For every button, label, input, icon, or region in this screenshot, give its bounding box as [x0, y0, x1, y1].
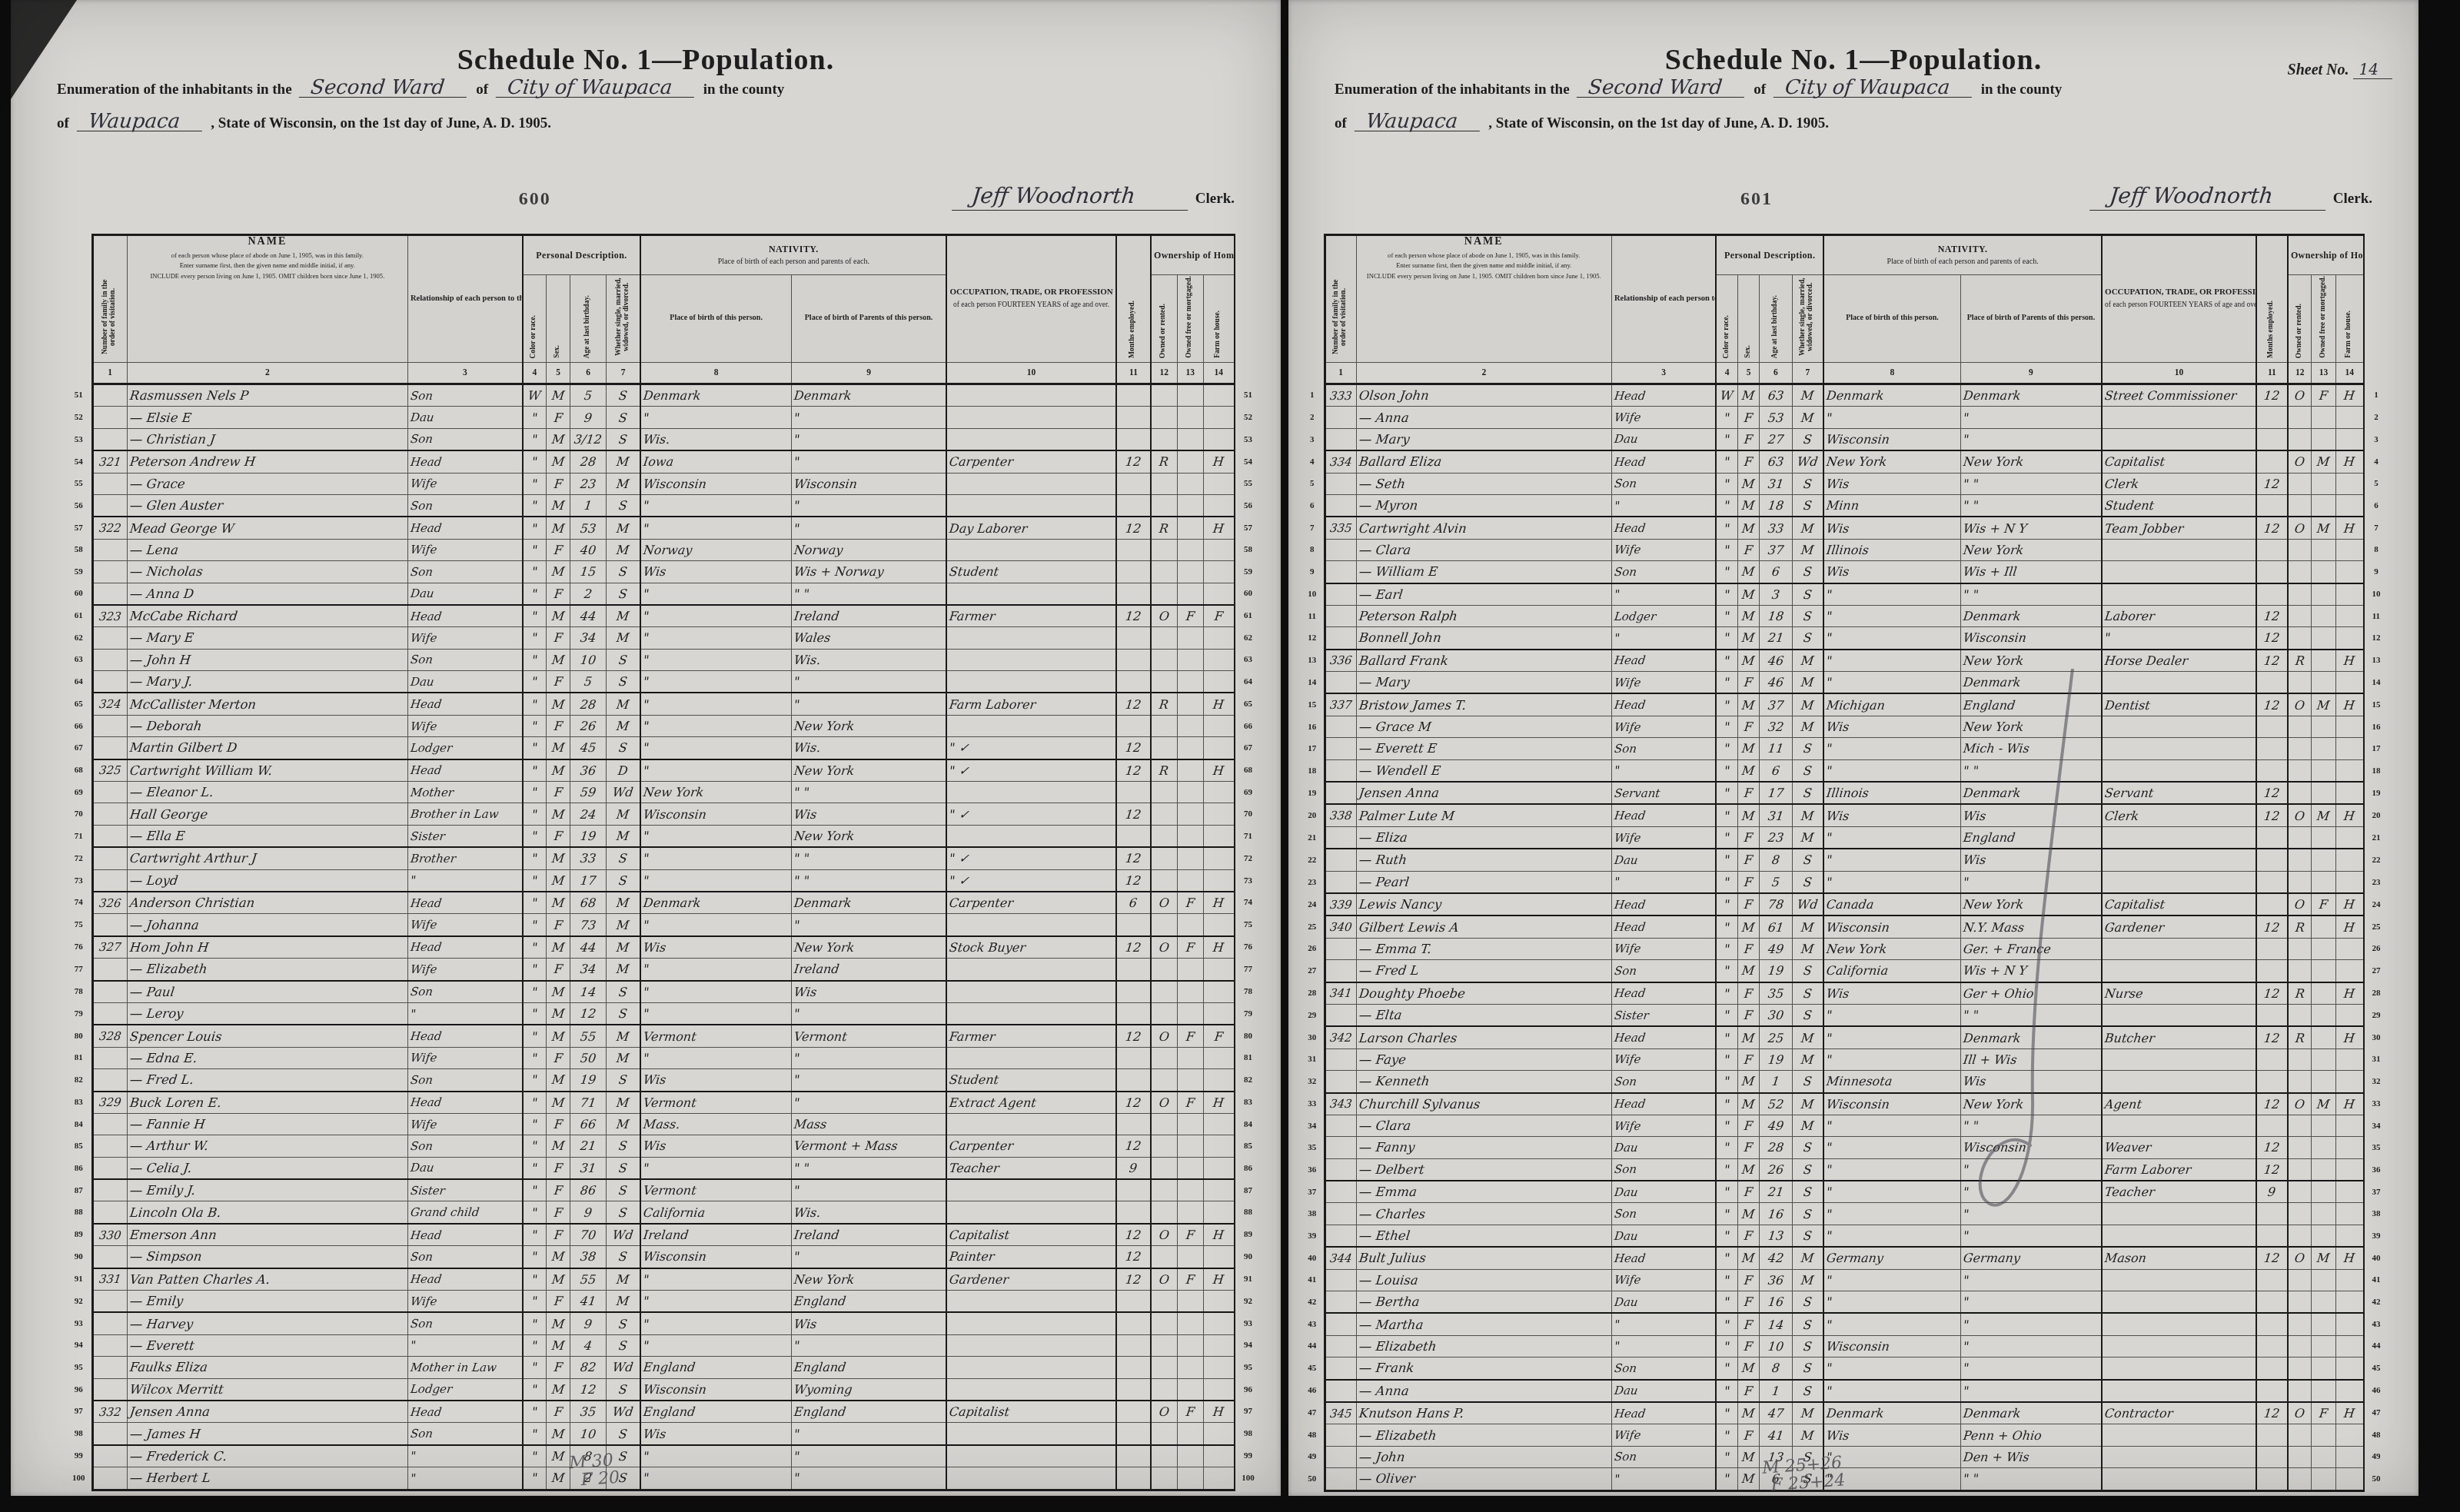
- family-number-cell: [1325, 1313, 1356, 1335]
- parents-place-of-birth-cell: ": [1960, 1158, 2102, 1181]
- family-number-cell: [1325, 738, 1356, 759]
- column-number-8: 8: [640, 363, 791, 384]
- sex-cell: F: [1737, 716, 1759, 737]
- farm-house-cell: [1203, 1312, 1234, 1334]
- age-cell: 31: [1760, 473, 1792, 494]
- place-of-birth-cell: ": [1823, 1380, 1960, 1402]
- owned-free-mortgaged-cell: [2312, 1424, 2335, 1446]
- place-of-birth-cell: Wis: [640, 1069, 791, 1092]
- name-cell: — John H: [127, 649, 407, 670]
- name-cell: Bristow James T.: [1356, 693, 1611, 716]
- margin-left-header: [1301, 235, 1325, 384]
- clerk-signature: Jeff Woodnorth: [2089, 183, 2328, 211]
- farm-house-cell: [1203, 959, 1234, 981]
- owned-free-mortgaged-cell: F: [1177, 936, 1203, 959]
- owned-rented-cell: [2288, 428, 2312, 450]
- color-race-cell: ": [523, 1025, 547, 1047]
- name-cell: — Anna: [1356, 1380, 1611, 1402]
- marital-status-cell: Wd: [606, 782, 640, 803]
- parents-place-of-birth-cell: Norway: [791, 539, 946, 560]
- owned-rented-cell: [2288, 960, 2312, 982]
- age-cell: 2: [570, 583, 607, 605]
- census-row: 13336Ballard FrankHead"M46M"New YorkHors…: [1301, 650, 2388, 672]
- census-row: 97332Jensen AnnaHead"F35WdEnglandEngland…: [66, 1401, 1261, 1423]
- owned-free-mortgaged-cell: [1177, 561, 1203, 583]
- family-number-cell: [1325, 871, 1356, 893]
- place-of-birth-cell: Vermont: [640, 1025, 791, 1047]
- color-race-header: Color or race.: [1716, 275, 1737, 363]
- clerk-signature-row: Jeff WoodnorthClerk.: [953, 183, 1235, 211]
- row-number-right: 31: [2364, 1048, 2388, 1070]
- age-cell: 49: [1760, 1115, 1792, 1136]
- marital-status-cell: S: [1792, 1004, 1823, 1026]
- age-cell: 34: [570, 627, 607, 649]
- farm-house-cell: [2335, 1424, 2364, 1446]
- name-cell: — Celia J.: [127, 1157, 407, 1179]
- row-number-left: 62: [66, 627, 92, 649]
- census-row: 44— Elizabeth""F10SWisconsin"44: [1301, 1335, 2388, 1357]
- age-cell: 10: [1760, 1335, 1792, 1357]
- row-number-right: 61: [1235, 605, 1261, 627]
- age-cell: 12: [570, 1378, 607, 1401]
- color-race-cell: ": [1716, 407, 1737, 428]
- parents-place-of-birth-header: Place of birth of Parents of this person…: [791, 275, 946, 363]
- place-of-birth-cell: ": [640, 981, 791, 1003]
- name-cell: Cartwright William W.: [127, 759, 407, 782]
- family-number-cell: [1325, 605, 1356, 626]
- census-row: 84— Fannie HWife"F66MMass.Mass84: [66, 1113, 1261, 1135]
- occupation-cell: [946, 627, 1116, 649]
- months-employed-cell: [2256, 826, 2288, 849]
- name-cell: — Herbert L: [127, 1467, 407, 1490]
- census-row: 25340Gilbert Lewis AHead"M61MWisconsinN.…: [1301, 916, 2388, 938]
- owned-free-mortgaged-cell: [2312, 672, 2335, 694]
- marital-status-cell: M: [1792, 804, 1823, 826]
- owned-free-mortgaged-cell: [2312, 1380, 2335, 1402]
- sex-cell: F: [547, 959, 570, 981]
- census-row: 21— ElizaWife"F23M"England21: [1301, 826, 2388, 849]
- marital-status-cell: S: [1792, 982, 1823, 1005]
- farm-house-cell: [1203, 1423, 1234, 1445]
- occupation-cell: [946, 1445, 1116, 1467]
- row-number-left: 56: [66, 494, 92, 517]
- row-number-left: 38: [1301, 1203, 1325, 1225]
- months-employed-cell: 12: [2256, 804, 2288, 826]
- family-number-cell: [1325, 716, 1356, 737]
- row-number-left: 31: [1301, 1048, 1325, 1070]
- row-number-right: 34: [2364, 1115, 2388, 1136]
- name-cell: Knutson Hans P.: [1356, 1402, 1611, 1424]
- months-employed-cell: [2256, 407, 2288, 428]
- row-number-left: 55: [66, 473, 92, 494]
- months-employed-cell: [2256, 428, 2288, 450]
- parents-place-of-birth-cell: Wisconsin: [1960, 1137, 2102, 1158]
- relationship-cell: Head: [407, 1092, 522, 1114]
- family-number-cell: [92, 1069, 127, 1092]
- farm-house-cell: [1203, 384, 1234, 407]
- occupation-cell: [946, 715, 1116, 736]
- months-employed-cell: 12: [2256, 650, 2288, 672]
- family-number-cell: [92, 583, 127, 605]
- occupation-cell: [946, 981, 1116, 1003]
- sex-cell: M: [1737, 1158, 1759, 1181]
- occupation-cell: Clerk: [2102, 804, 2256, 826]
- column-number-9: 9: [1960, 363, 2102, 384]
- months-employed-cell: 12: [1116, 693, 1151, 715]
- owned-free-mortgaged-cell: F: [2312, 893, 2335, 916]
- place-of-birth-cell: Wis: [640, 936, 791, 959]
- farm-house-cell: [1203, 407, 1234, 428]
- relationship-cell: Servant: [1611, 782, 1716, 804]
- parents-place-of-birth-cell: Wis + N Y: [1960, 960, 2102, 982]
- place-of-birth-cell: ": [640, 1312, 791, 1334]
- color-race-cell: ": [523, 1291, 547, 1313]
- column-number-14: 14: [1203, 363, 1234, 384]
- row-number-left: 69: [66, 782, 92, 803]
- owned-rented-cell: [2288, 583, 2312, 606]
- sex-cell: M: [1737, 1071, 1759, 1093]
- row-number-right: 6: [2364, 494, 2388, 517]
- farm-house-cell: [2335, 1313, 2364, 1335]
- parents-place-of-birth-cell: ": [791, 1246, 946, 1268]
- name-cell: Palmer Lute M: [1356, 804, 1611, 826]
- name-cell: — Pearl: [1356, 871, 1611, 893]
- row-number-right: 69: [1235, 782, 1261, 803]
- owned-free-mortgaged-cell: [1177, 737, 1203, 759]
- owned-free-mortgaged-cell: [1177, 1467, 1203, 1490]
- place-of-birth-cell: ": [1823, 1048, 1960, 1070]
- sex-cell: M: [547, 693, 570, 715]
- parents-place-of-birth-cell: " ": [1960, 1004, 2102, 1026]
- row-number-left: 3: [1301, 428, 1325, 450]
- pencil-tally-note: M 25+26 F 25+24: [1762, 1454, 1847, 1494]
- color-race-cell: ": [523, 1002, 547, 1025]
- name-cell: — Fred L: [1356, 960, 1611, 982]
- occupation-cell: [946, 1002, 1116, 1025]
- row-number-right: 43: [2364, 1313, 2388, 1335]
- census-row: 16— Grace MWife"F32MWisNew York16: [1301, 716, 2388, 737]
- color-race-cell: ": [1716, 1115, 1737, 1136]
- family-number-cell: 330: [92, 1224, 127, 1246]
- occupation-cell: [2102, 871, 2256, 893]
- column-number-12: 12: [2288, 363, 2312, 384]
- occupation-cell: [946, 914, 1116, 936]
- family-number-cell: [1325, 938, 1356, 959]
- name-cell: — Clara: [1356, 539, 1611, 560]
- row-number-left: 14: [1301, 672, 1325, 694]
- farm-house-cell: [1203, 1445, 1234, 1467]
- age-cell: 70: [570, 1224, 607, 1246]
- place-of-birth-cell: ": [640, 1291, 791, 1313]
- age-cell: 24: [570, 803, 607, 825]
- occupation-cell: [946, 1423, 1116, 1445]
- owned-rented-cell: [1151, 1378, 1177, 1401]
- place-of-birth-cell: England: [640, 1401, 791, 1423]
- family-number-cell: [1325, 826, 1356, 849]
- name-cell: — Fanny: [1356, 1137, 1611, 1158]
- relationship-cell: Mother in Law: [407, 1357, 522, 1378]
- marital-status-cell: M: [1792, 384, 1823, 407]
- name-cell: — Ella E: [127, 825, 407, 847]
- family-number-cell: [92, 1246, 127, 1268]
- row-number-right: 56: [1235, 494, 1261, 517]
- row-number-right: 83: [1235, 1092, 1261, 1114]
- of-label: of: [57, 115, 69, 131]
- owned-free-mortgaged-cell: [2312, 738, 2335, 759]
- row-number-right: 100: [1235, 1467, 1261, 1490]
- marital-status-cell: D: [606, 759, 640, 782]
- occupation-cell: Carpenter: [946, 450, 1116, 473]
- color-race-cell: ": [523, 583, 547, 605]
- census-row: 66— DeborahWife"F26M"New York66: [66, 715, 1261, 736]
- owned-rented-cell: [1151, 561, 1177, 583]
- place-of-birth-cell: ": [1823, 650, 1960, 672]
- family-number-cell: 338: [1325, 804, 1356, 826]
- owned-rented-header: Owned or rented.: [1151, 275, 1177, 363]
- occupation-cell: Stock Buyer: [946, 936, 1116, 959]
- owned-free-mortgaged-cell: [2312, 1115, 2335, 1136]
- occupation-cell: [2102, 1071, 2256, 1093]
- family-number-cell: [1325, 1048, 1356, 1070]
- sex-cell: F: [547, 473, 570, 494]
- parents-place-of-birth-cell: ": [791, 450, 946, 473]
- place-of-birth-cell: ": [1823, 738, 1960, 759]
- owned-free-mortgaged-header: Owned free or mortgaged.: [1177, 275, 1203, 363]
- marital-status-cell: S: [1792, 1158, 1823, 1181]
- months-employed-cell: [2256, 450, 2288, 473]
- color-race-cell: ": [523, 1467, 547, 1490]
- family-number-cell: [92, 1113, 127, 1135]
- place-of-birth-cell: ": [1823, 1291, 1960, 1314]
- relationship-cell: Brother in Law: [407, 803, 522, 825]
- marital-status-cell: S: [606, 1179, 640, 1201]
- occupation-cell: [946, 825, 1116, 847]
- owned-free-mortgaged-cell: F: [1177, 605, 1203, 627]
- owned-rented-cell: [2288, 494, 2312, 517]
- place-of-birth-cell: Denmark: [1823, 384, 1960, 407]
- months-employed-cell: [1116, 1445, 1151, 1467]
- name-cell: Cartwright Alvin: [1356, 517, 1611, 539]
- relationship-cell: Head: [407, 1025, 522, 1047]
- owned-free-mortgaged-cell: [1177, 517, 1203, 539]
- row-number-left: 60: [66, 583, 92, 605]
- place-of-birth-cell: Iowa: [640, 450, 791, 473]
- sex-cell: F: [1737, 1291, 1759, 1314]
- farm-house-cell: [2335, 539, 2364, 560]
- census-row: 10— Earl""M3S"" "10: [1301, 583, 2388, 606]
- owned-free-mortgaged-cell: [1177, 649, 1203, 670]
- age-cell: 21: [570, 1135, 607, 1157]
- census-row: 90— SimpsonSon"M38SWisconsin"Painter1290: [66, 1246, 1261, 1268]
- enumeration-line-1: Enumeration of the inhabitants in the Se…: [1335, 80, 2388, 98]
- owned-free-mortgaged-cell: [2312, 1026, 2335, 1048]
- color-race-cell: ": [1716, 1004, 1737, 1026]
- occupation-cell: [946, 494, 1116, 517]
- parents-place-of-birth-cell: England: [791, 1401, 946, 1423]
- parents-place-of-birth-cell: " ": [1960, 1468, 2102, 1490]
- parents-place-of-birth-cell: ": [1960, 1313, 2102, 1335]
- place-of-birth-cell: California: [640, 1201, 791, 1224]
- census-row: 80328Spencer LouisHead"M55MVermontVermon…: [66, 1025, 1261, 1047]
- color-race-cell: ": [523, 959, 547, 981]
- place-of-birth-cell: Wisconsin: [1823, 1093, 1960, 1115]
- marital-status-cell: Wd: [606, 1224, 640, 1246]
- name-cell: Bult Julius: [1356, 1247, 1611, 1269]
- row-number-left: 10: [1301, 583, 1325, 606]
- census-row: 7335Cartwright AlvinHead"M33MWisWis + N …: [1301, 517, 2388, 539]
- marital-status-cell: S: [1792, 1291, 1823, 1314]
- occupation-cell: Laborer: [2102, 605, 2256, 626]
- name-cell: — Everett: [127, 1334, 407, 1356]
- column-number-1: 1: [92, 363, 127, 384]
- marital-status-cell: M: [1792, 1115, 1823, 1136]
- months-employed-cell: 12: [2256, 473, 2288, 494]
- farm-house-cell: [2335, 759, 2364, 782]
- farm-house-cell: H: [2335, 1093, 2364, 1115]
- owned-rented-cell: [2288, 1357, 2312, 1380]
- name-cell: Emerson Ann: [127, 1224, 407, 1246]
- row-number-left: 91: [66, 1268, 92, 1291]
- row-number-left: 67: [66, 737, 92, 759]
- owned-rented-cell: [2288, 1158, 2312, 1181]
- row-number-right: 39: [2364, 1225, 2388, 1247]
- marital-status-cell: S: [1792, 627, 1823, 650]
- relationship-cell: ": [1611, 494, 1716, 517]
- occupation-cell: Gardener: [946, 1268, 1116, 1291]
- marital-status-cell: S: [606, 494, 640, 517]
- occupation-cell: [946, 539, 1116, 560]
- row-number-left: 32: [1301, 1071, 1325, 1093]
- relationship-cell: Son: [407, 561, 522, 583]
- marital-status-cell: S: [606, 583, 640, 605]
- place-of-birth-cell: ": [1823, 1203, 1960, 1225]
- marital-status-cell: S: [606, 1157, 640, 1179]
- owned-rented-cell: [2288, 473, 2312, 494]
- place-of-birth-cell: ": [1823, 1026, 1960, 1048]
- row-number-right: 41: [2364, 1269, 2388, 1291]
- name-cell: Buck Loren E.: [127, 1092, 407, 1114]
- owned-rented-cell: O: [1151, 892, 1177, 914]
- place-of-birth-cell: ": [640, 1002, 791, 1025]
- name-cell: Van Patten Charles A.: [127, 1268, 407, 1291]
- occupation-cell: [2102, 672, 2256, 694]
- row-number-right: 24: [2364, 893, 2388, 916]
- age-cell: 21: [1760, 627, 1792, 650]
- relationship-cell: Brother: [407, 847, 522, 869]
- row-number-left: 1: [1301, 384, 1325, 407]
- parents-place-of-birth-cell: ": [1960, 1291, 2102, 1314]
- row-number-left: 5: [1301, 473, 1325, 494]
- relationship-cell: Dau: [407, 407, 522, 428]
- marital-status-cell: S: [606, 1423, 640, 1445]
- name-cell: — Louisa: [1356, 1269, 1611, 1291]
- place-of-birth-cell: Denmark: [640, 384, 791, 407]
- name-cell: — Elta: [1356, 1004, 1611, 1026]
- name-cell: — Kenneth: [1356, 1071, 1611, 1093]
- sex-cell: F: [1737, 1335, 1759, 1357]
- row-number-right: 46: [2364, 1380, 2388, 1402]
- owned-free-mortgaged-cell: [1177, 1069, 1203, 1092]
- census-row: 79— Leroy""M12S""79: [66, 1002, 1261, 1025]
- place-of-birth-cell: ": [1823, 1181, 1960, 1203]
- name-cell: Ballard Frank: [1356, 650, 1611, 672]
- row-number-left: 42: [1301, 1291, 1325, 1314]
- age-cell: 14: [570, 981, 607, 1003]
- name-cell: Peterson Ralph: [1356, 605, 1611, 626]
- farm-house-cell: [2335, 1004, 2364, 1026]
- sex-cell: F: [547, 1291, 570, 1313]
- row-number-right: 32: [2364, 1071, 2388, 1093]
- census-row: 54321Peterson Andrew HHead"M28MIowa"Carp…: [66, 450, 1261, 473]
- marital-status-cell: S: [606, 407, 640, 428]
- marital-status-cell: S: [606, 1135, 640, 1157]
- marital-status-cell: M: [1792, 672, 1823, 694]
- family-number-cell: 336: [1325, 650, 1356, 672]
- row-number-left: 15: [1301, 693, 1325, 716]
- place-of-birth-cell: ": [1823, 1158, 1960, 1181]
- marital-header: Whether single, married, widowed, or div…: [606, 275, 640, 363]
- color-race-cell: ": [1716, 1071, 1737, 1093]
- relationship-cell: Head: [1611, 693, 1716, 716]
- row-number-right: 36: [2364, 1158, 2388, 1181]
- age-cell: 33: [570, 847, 607, 869]
- owned-free-mortgaged-cell: F: [2312, 1402, 2335, 1424]
- age-cell: 28: [570, 450, 607, 473]
- relationship-cell: Wife: [1611, 716, 1716, 737]
- months-employed-cell: [1116, 1201, 1151, 1224]
- state-date-label: , State of Wisconsin, on the 1st day of …: [211, 115, 551, 131]
- marital-status-cell: M: [1792, 1402, 1823, 1424]
- name-cell: — Bertha: [1356, 1291, 1611, 1314]
- color-race-cell: ": [1716, 650, 1737, 672]
- enum-of-label: of: [1754, 81, 1766, 98]
- months-employed-cell: [2256, 938, 2288, 959]
- family-number-cell: 323: [92, 605, 127, 627]
- occupation-cell: [2102, 539, 2256, 560]
- relationship-cell: Dau: [1611, 1181, 1716, 1203]
- age-cell: 3/12: [570, 428, 607, 450]
- row-number-right: 95: [1235, 1357, 1261, 1378]
- sex-cell: F: [547, 782, 570, 803]
- owned-rented-cell: [2288, 1181, 2312, 1203]
- farm-house-cell: [1203, 561, 1234, 583]
- row-number-left: 85: [66, 1135, 92, 1157]
- age-cell: 53: [570, 517, 607, 539]
- color-race-cell: ": [1716, 1048, 1737, 1070]
- color-race-cell: ": [1716, 1247, 1737, 1269]
- parents-place-of-birth-cell: Wis + Norway: [791, 561, 946, 583]
- row-number-left: 47: [1301, 1402, 1325, 1424]
- census-row: 89330Emerson AnnHead"F70WdIrelandIreland…: [66, 1224, 1261, 1246]
- months-employed-cell: 12: [2256, 982, 2288, 1005]
- family-number-cell: 341: [1325, 982, 1356, 1005]
- family-number-cell: [1325, 473, 1356, 494]
- occupation-cell: Teacher: [946, 1157, 1116, 1179]
- census-row: 99— Frederick C.""M8S""99: [66, 1445, 1261, 1467]
- relationship-cell: ": [407, 1467, 522, 1490]
- family-number-cell: [1325, 1468, 1356, 1490]
- color-race-header: Color or race.: [523, 275, 547, 363]
- color-race-cell: ": [1716, 1137, 1737, 1158]
- months-employed-cell: [1116, 1378, 1151, 1401]
- name-cell: — Christian J: [127, 428, 407, 450]
- owned-rented-cell: [2288, 1225, 2312, 1247]
- sex-cell: F: [547, 715, 570, 736]
- occupation-cell: [946, 1179, 1116, 1201]
- farm-house-cell: [1203, 1002, 1234, 1025]
- relationship-cell: Lodger: [1611, 605, 1716, 626]
- months-employed-cell: 12: [1116, 869, 1151, 892]
